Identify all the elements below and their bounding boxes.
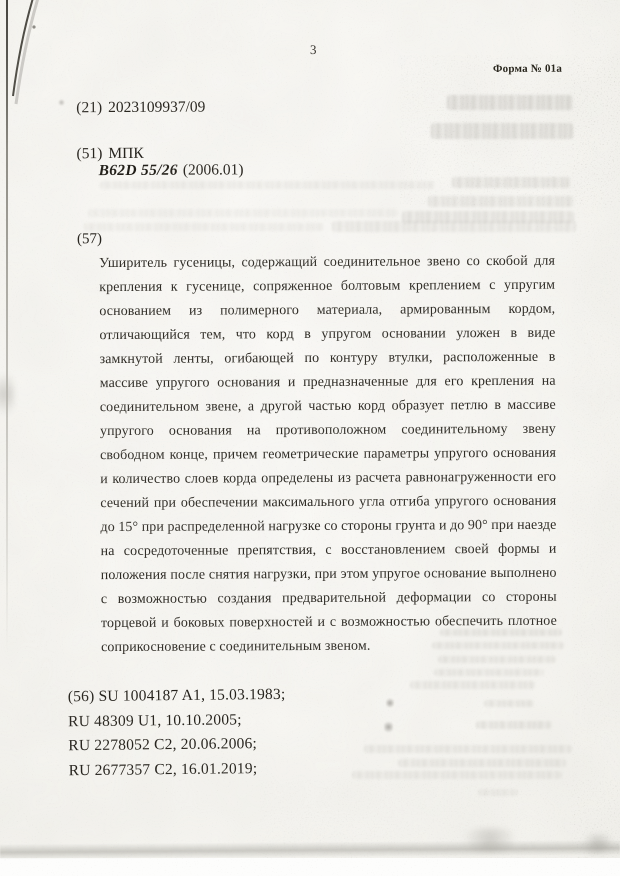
ipc-classification: B62D 55/26(2006.01) <box>99 161 244 180</box>
form-number-label: Форма № 01а <box>460 63 562 76</box>
inid-code-21: (21) <box>76 99 102 116</box>
ipc-label: МПК <box>108 145 143 162</box>
claim-text: Уширитель гусеницы, содержащий соедините… <box>99 250 557 660</box>
page-number: 3 <box>310 42 317 58</box>
claim-line: соприкосновение с соединительным звеном. <box>101 634 557 660</box>
application-number: 2023109937/09 <box>108 99 205 117</box>
citation-line: RU 2677357 C2, 16.01.2019; <box>69 757 287 784</box>
claim-line: торцевой и боковых поверхностей и с возм… <box>101 610 557 636</box>
claim-line: положения после снятия нагрузки, при это… <box>101 562 557 588</box>
scanned-patent-document-page: 3 Форма № 01а (21)2023109937/09 (51)МПК … <box>0 0 620 876</box>
application-number-field: (21)2023109937/09 <box>76 99 205 118</box>
claim-line: соединительном звене, а другой частью ко… <box>100 394 556 420</box>
claim-line: свободном конце, причем геометрические п… <box>100 442 556 468</box>
claim-line: крепления к гусенице, сопряженное болтов… <box>99 274 555 300</box>
claim-line: до 15° при распределенной нагрузке со ст… <box>100 514 556 540</box>
claim-line: отличающийся тем, что корд в упругом осн… <box>99 322 555 348</box>
claim-line: Уширитель гусеницы, содержащий соедините… <box>99 250 555 276</box>
inid-code-51: (51) <box>76 145 102 162</box>
citation-line: RU 48309 U1, 10.10.2005; <box>68 707 286 734</box>
claim-line: с возможностью создания предварительной … <box>101 586 557 612</box>
citations-list: (56) SU 1004187 A1, 15.03.1983;RU 48309 … <box>68 683 287 784</box>
ipc-field: (51)МПК <box>76 145 143 163</box>
claim-line: и количество слоев корда определены из р… <box>100 466 556 492</box>
citation-line: RU 2278052 C2, 20.06.2006; <box>68 732 286 759</box>
claim-line: основанием из полимерного материала, арм… <box>99 298 555 324</box>
inid-code-57: (57) <box>77 231 102 248</box>
claim-line: массиве упругого основания и предназначе… <box>100 370 556 396</box>
ipc-edition: (2006.01) <box>183 161 244 178</box>
document-content: 3 Форма № 01а (21)2023109937/09 (51)МПК … <box>0 0 620 876</box>
claim-line: упругого основания на противоположном со… <box>100 418 556 444</box>
ipc-class-code: B62D 55/26 <box>99 162 178 179</box>
claim-line: сечений при обеспечении максимального уг… <box>100 490 556 516</box>
claim-line: замкнутой ленты, огибающей по контуру вт… <box>100 346 556 372</box>
citation-line: (56) SU 1004187 A1, 15.03.1983; <box>68 683 286 710</box>
claim-line: на сосредоточенные препятствия, с восста… <box>101 538 557 564</box>
